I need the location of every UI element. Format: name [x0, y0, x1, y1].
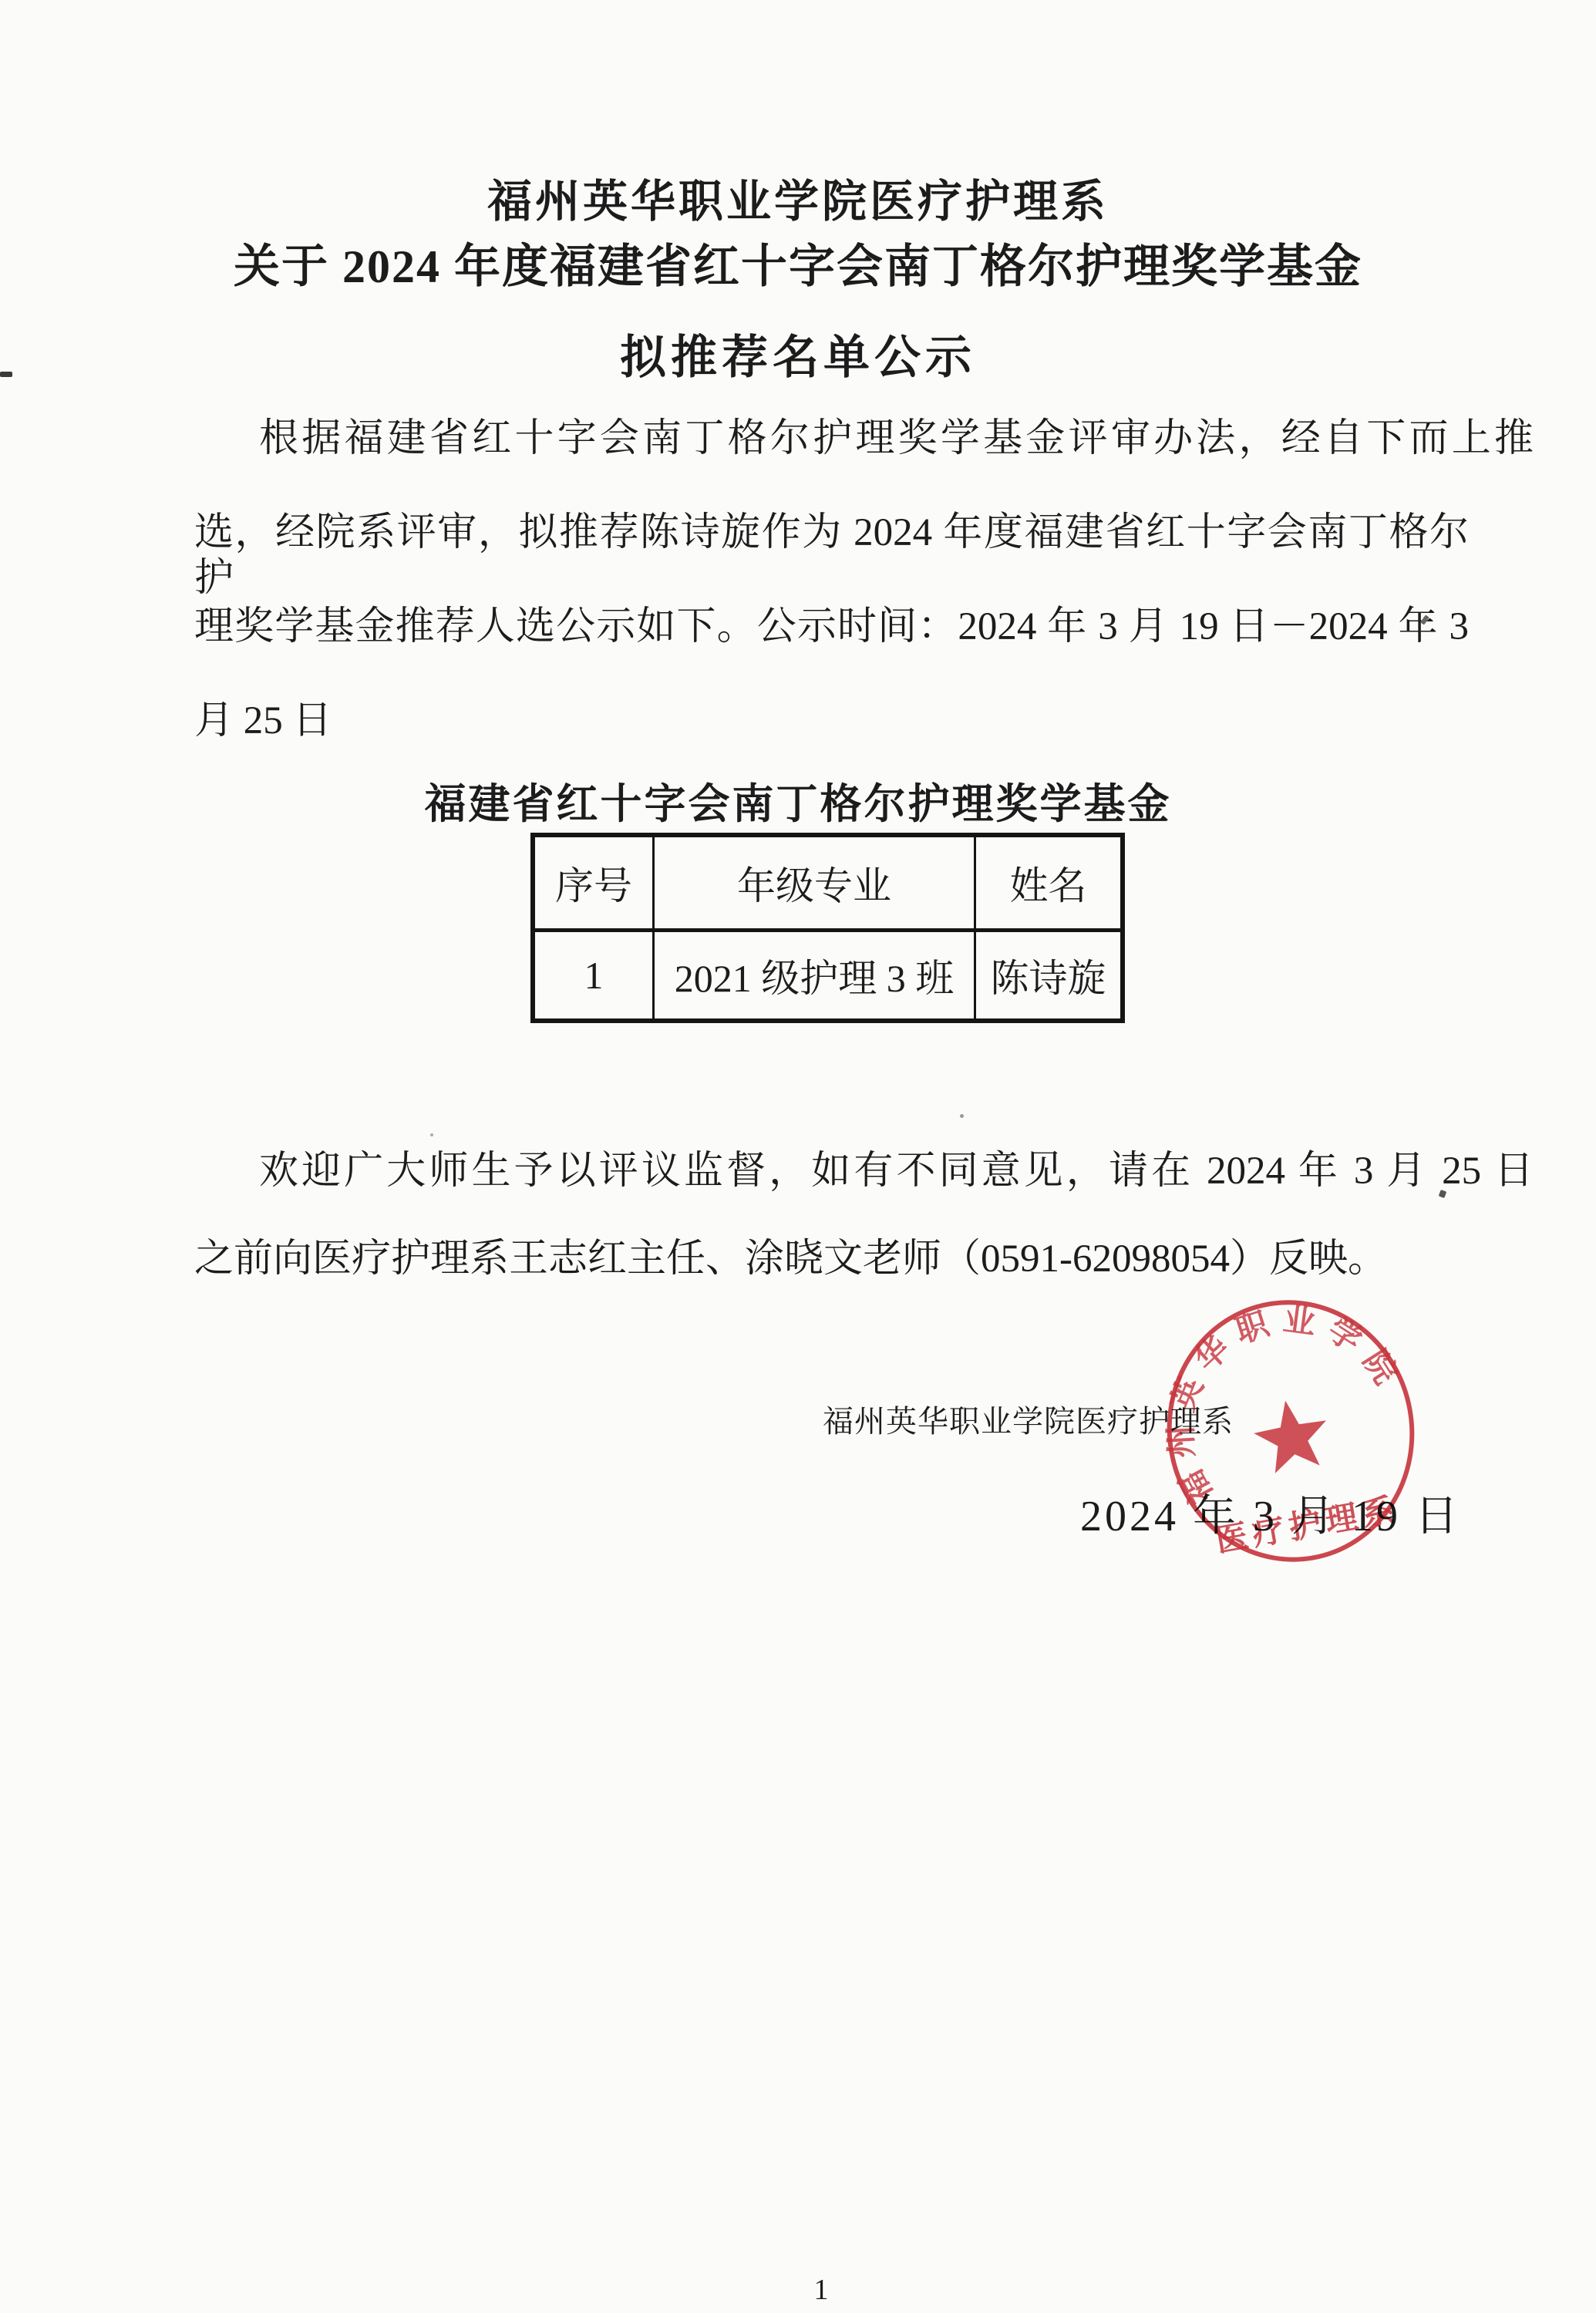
table-row: 1 2021 级护理 3 班 陈诗旋 — [533, 931, 1123, 1022]
scan-artifact-speck — [960, 1114, 964, 1118]
page-number: 1 — [23, 2273, 1596, 2307]
paragraph1-line4: 月 25 日 — [194, 699, 1469, 744]
table-header-row: 序号 年级专业 姓名 — [533, 835, 1123, 931]
document-title-line1: 福州英华职业学院医疗护理系 — [0, 165, 1596, 230]
document-title-line3: 拟推荐名单公示 — [0, 321, 1596, 387]
seal-star-icon — [1249, 1394, 1333, 1476]
seal-bottom-text: 医疗护理系 — [1213, 1492, 1402, 1560]
header-序号: 序号 — [533, 835, 654, 931]
scanned-document-page: { "doc": { "title1": "福州英华职业学院医疗护理系", "t… — [0, 0, 1596, 2313]
paragraph1-line3: 理奖学基金推荐人选公示如下。公示时间：2024 年 3 月 19 日－2024 … — [194, 604, 1469, 650]
paragraph1-line2: 选，经院系评审，拟推荐陈诗旋作为 2024 年度福建省红十字会南丁格尔护 — [194, 510, 1469, 601]
paragraph1-line1: 根据福建省红十字会南丁格尔护理奖学基金评审办法，经自下而上推 — [194, 416, 1534, 462]
cell-name: 陈诗旋 — [975, 931, 1123, 1022]
scan-artifact-speck — [430, 1133, 433, 1136]
header-年级专业: 年级专业 — [654, 835, 975, 931]
official-seal-stamp: 福州英华职业学院 医疗护理系 — [1112, 1252, 1469, 1609]
seal-graphic: 福州英华职业学院 医疗护理系 — [1112, 1252, 1469, 1609]
svg-text:福州英华职业学院: 福州英华职业学院 — [1142, 1281, 1425, 1512]
cell-index: 1 — [533, 931, 654, 1022]
scan-artifact-speck — [1439, 1190, 1447, 1198]
signature-department: 福州英华职业学院医疗护理系 — [0, 1397, 1234, 1441]
paragraph2-line1: 欢迎广大师生予以评议监督，如有不同意见，请在 2024 年 3 月 25 日 — [194, 1149, 1534, 1194]
cell-class: 2021 级护理 3 班 — [654, 931, 975, 1022]
paragraph2-line2: 之前向医疗护理系王志红主任、涂晓文老师（0591-62098054）反映。 — [194, 1237, 1469, 1282]
recommendation-table: 序号 年级专业 姓名 1 2021 级护理 3 班 陈诗旋 — [530, 833, 1125, 1023]
document-title-line2: 关于 2024 年度福建省红十字会南丁格尔护理奖学基金 — [0, 230, 1596, 296]
table-title: 福建省红十字会南丁格尔护理奖学基金 — [0, 771, 1596, 830]
seal-arc-text: 福州英华职业学院 — [1142, 1281, 1425, 1512]
header-姓名: 姓名 — [975, 835, 1123, 931]
scan-artifact-dash — [0, 372, 12, 377]
